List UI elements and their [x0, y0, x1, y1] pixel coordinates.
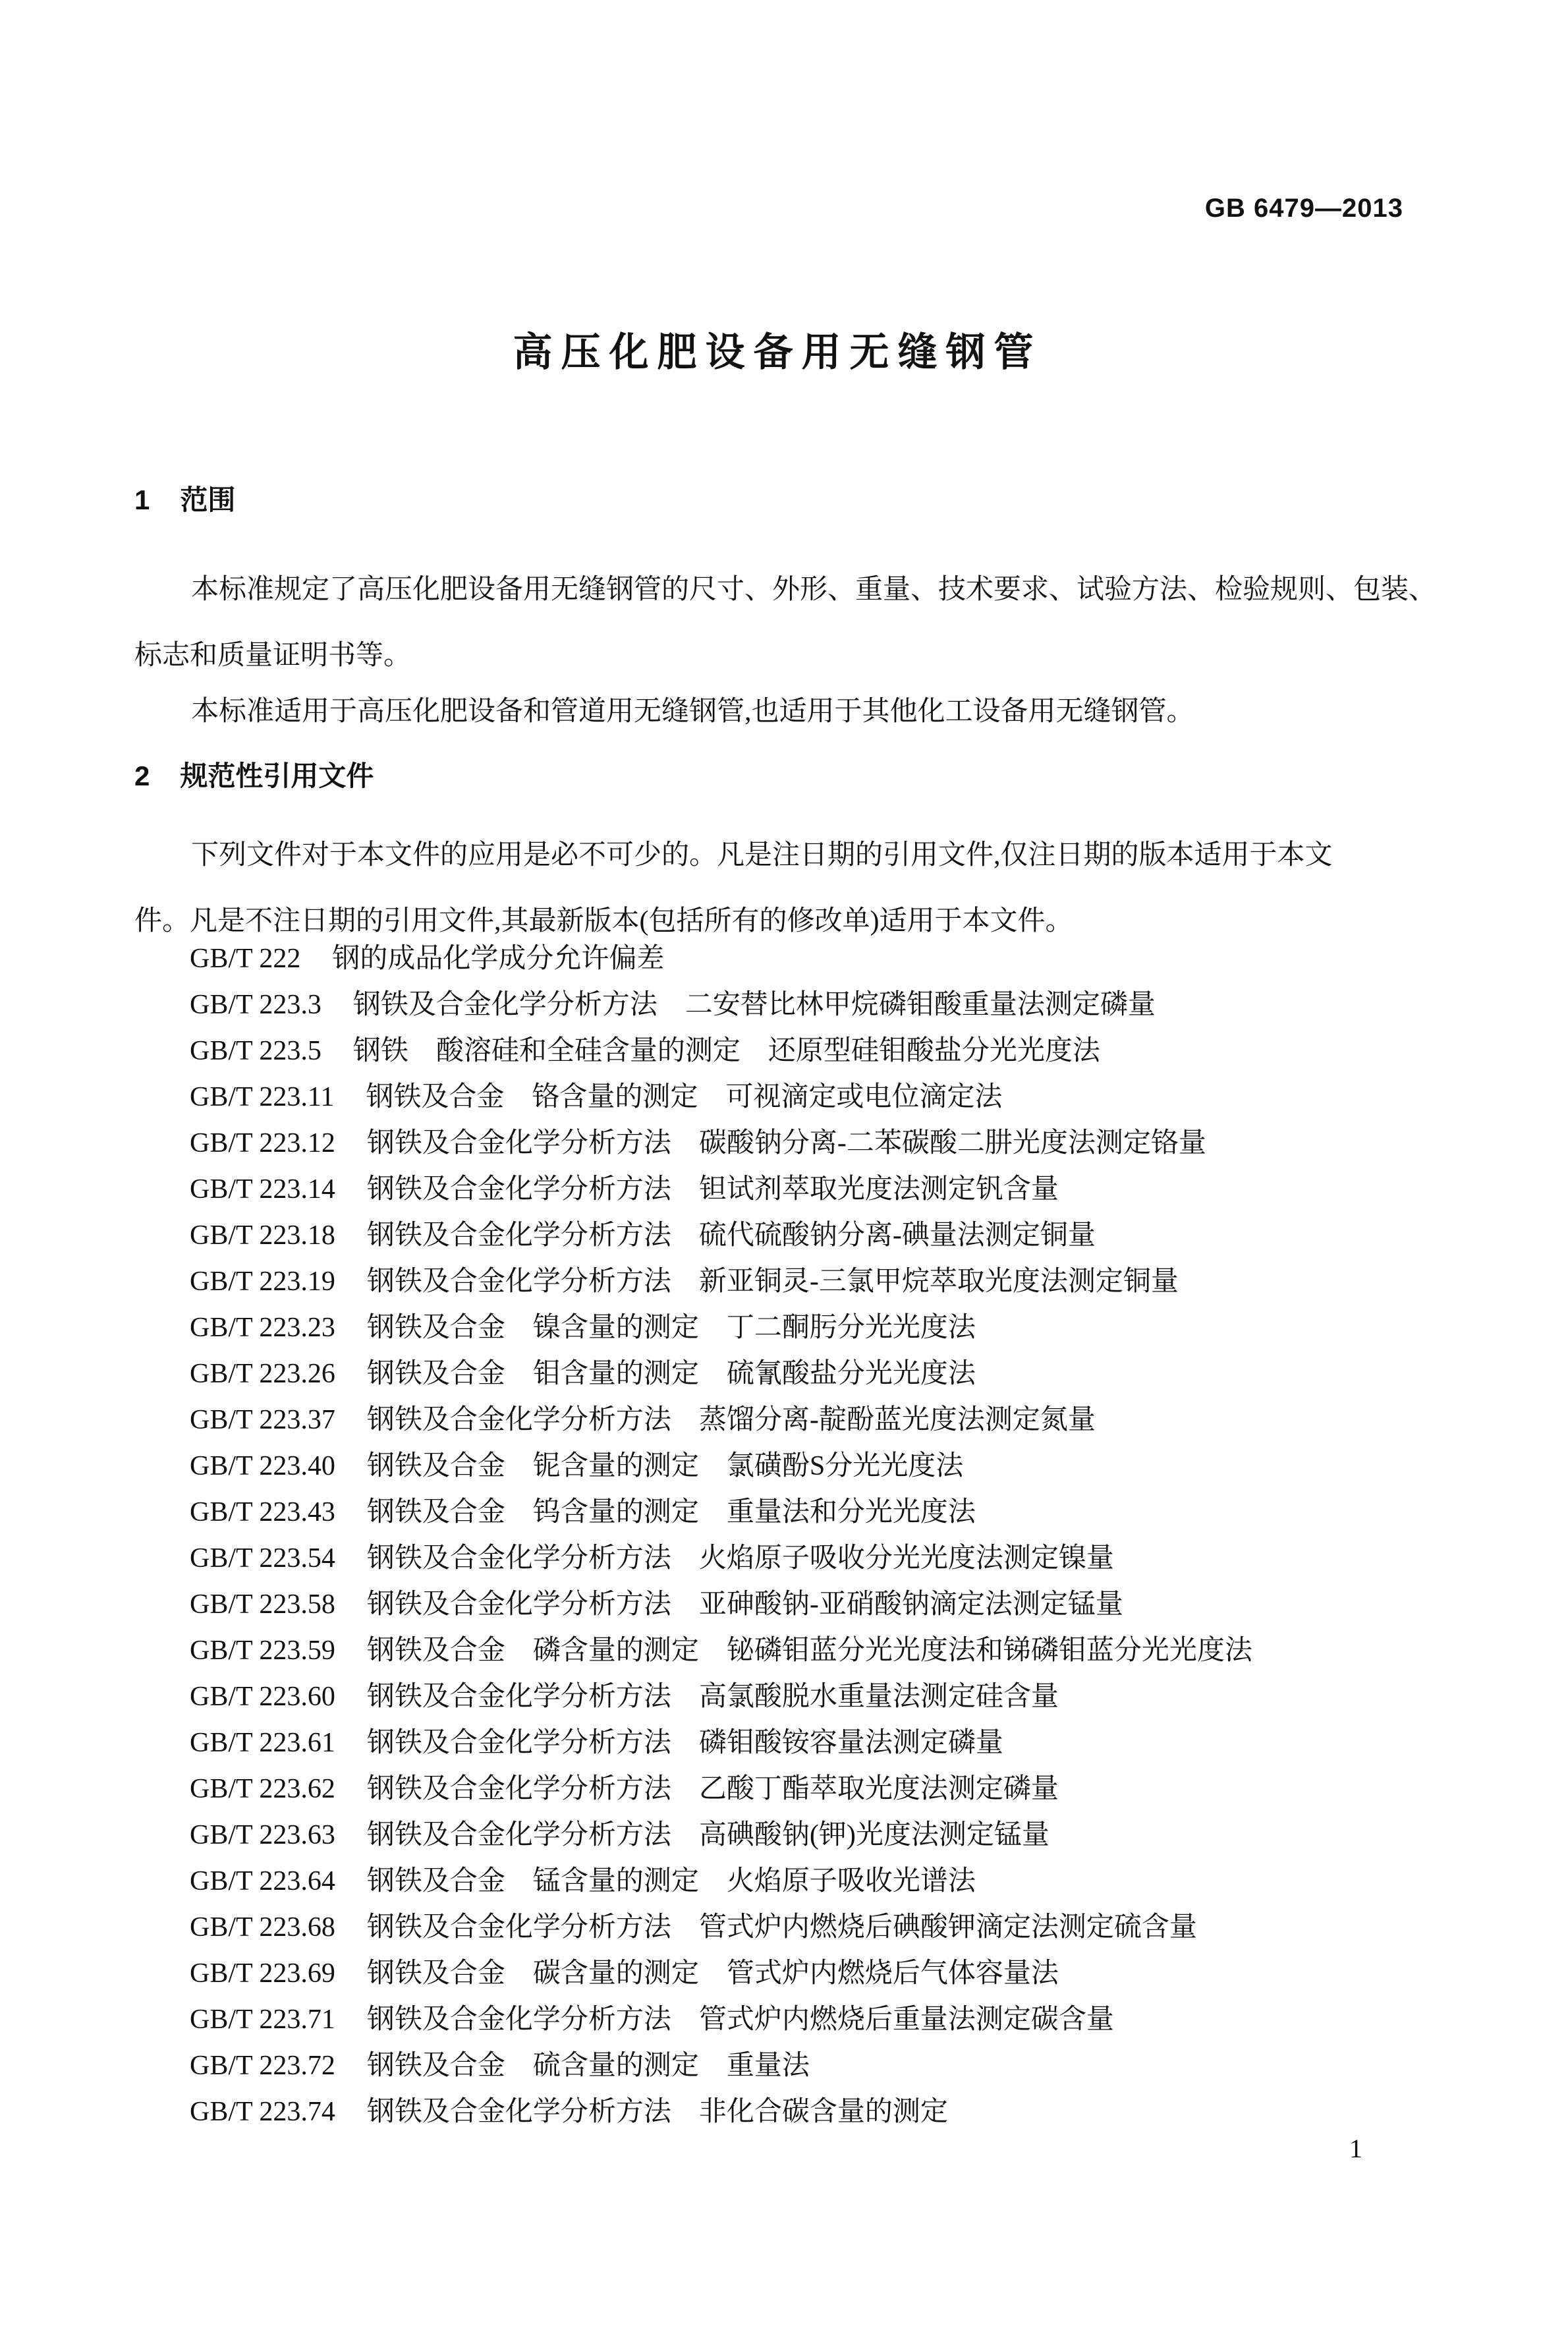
reference-code: GB/T 223.54	[190, 1535, 335, 1581]
scope-paragraph-2: 本标准适用于高压化肥设备和管道用无缝钢管,也适用于其他化工设备用无缝钢管。	[134, 679, 1424, 745]
reference-title: 钢铁及合金化学分析方法 二安替比林甲烷磷钼酸重量法测定磷量	[353, 982, 1156, 1028]
paragraph-line: 本标准适用于高压化肥设备和管道用无缝钢管,也适用于其他化工设备用无缝钢管。	[134, 679, 1424, 745]
paragraph-line: 下列文件对于本文件的应用是必不可少的。凡是注日期的引用文件,仅注日期的版本适用于…	[134, 822, 1424, 888]
reference-item: GB/T 223.37钢铁及合金化学分析方法 蒸馏分离-靛酚蓝光度法测定氮量	[190, 1397, 1469, 1443]
reference-code: GB/T 223.60	[190, 1674, 335, 1720]
reference-title: 钢铁及合金 磷含量的测定 铋磷钼蓝分光光度法和锑磷钼蓝分光光度法	[367, 1628, 1252, 1674]
reference-title: 钢铁及合金化学分析方法 亚砷酸钠-亚硝酸钠滴定法测定锰量	[367, 1581, 1123, 1628]
reference-code: GB/T 222	[190, 936, 300, 982]
reference-code: GB/T 223.74	[190, 2089, 335, 2135]
reference-code: GB/T 223.3	[190, 982, 322, 1028]
reference-title: 钢铁及合金化学分析方法 管式炉内燃烧后重量法测定碳含量	[367, 1997, 1114, 2043]
reference-title: 钢铁及合金化学分析方法 磷钼酸铵容量法测定磷量	[367, 1720, 1003, 1766]
reference-title: 钢铁及合金化学分析方法 非化合碳含量的测定	[367, 2089, 948, 2135]
reference-item: GB/T 223.61钢铁及合金化学分析方法 磷钼酸铵容量法测定磷量	[190, 1720, 1469, 1766]
reference-code: GB/T 223.19	[190, 1259, 335, 1305]
reference-title: 钢铁及合金 碳含量的测定 管式炉内燃烧后气体容量法	[367, 1950, 1059, 1997]
references-intro-paragraph: 下列文件对于本文件的应用是必不可少的。凡是注日期的引用文件,仅注日期的版本适用于…	[134, 822, 1424, 954]
normative-references-list: GB/T 222钢的成品化学成分允许偏差 GB/T 223.3钢铁及合金化学分析…	[190, 936, 1469, 2135]
reference-title: 钢铁及合金 钨含量的测定 重量法和分光光度法	[367, 1489, 976, 1535]
reference-item: GB/T 223.43钢铁及合金 钨含量的测定 重量法和分光光度法	[190, 1489, 1469, 1535]
reference-code: GB/T 223.71	[190, 1997, 335, 2043]
reference-item: GB/T 223.69钢铁及合金 碳含量的测定 管式炉内燃烧后气体容量法	[190, 1950, 1469, 1997]
reference-code: GB/T 223.5	[190, 1028, 322, 1074]
reference-code: GB/T 223.59	[190, 1628, 335, 1674]
reference-item: GB/T 223.5钢铁 酸溶硅和全硅含量的测定 还原型硅钼酸盐分光光度法	[190, 1028, 1469, 1074]
section-2-heading: 2规范性引用文件	[134, 759, 374, 793]
paragraph-line: 本标准规定了高压化肥设备用无缝钢管的尺寸、外形、重量、技术要求、试验方法、检验规…	[134, 557, 1424, 623]
reference-item: GB/T 223.23钢铁及合金 镍含量的测定 丁二酮肟分光光度法	[190, 1305, 1469, 1351]
reference-title: 钢铁及合金 铬含量的测定 可视滴定或电位滴定法	[366, 1074, 1002, 1120]
reference-title: 钢铁及合金 锰含量的测定 火焰原子吸收光谱法	[367, 1858, 976, 1904]
reference-title: 钢铁 酸溶硅和全硅含量的测定 还原型硅钼酸盐分光光度法	[353, 1028, 1100, 1074]
reference-item: GB/T 223.59钢铁及合金 磷含量的测定 铋磷钼蓝分光光度法和锑磷钼蓝分光…	[190, 1628, 1469, 1674]
reference-item: GB/T 222钢的成品化学成分允许偏差	[190, 936, 1469, 982]
reference-code: GB/T 223.64	[190, 1858, 335, 1904]
section-1-label: 范围	[180, 483, 235, 517]
reference-title: 钢铁及合金化学分析方法 乙酸丁酯萃取光度法测定磷量	[367, 1766, 1059, 1812]
reference-code: GB/T 223.37	[190, 1397, 335, 1443]
reference-item: GB/T 223.11钢铁及合金 铬含量的测定 可视滴定或电位滴定法	[190, 1074, 1469, 1120]
reference-item: GB/T 223.19钢铁及合金化学分析方法 新亚铜灵-三氯甲烷萃取光度法测定铜…	[190, 1259, 1469, 1305]
reference-item: GB/T 223.72钢铁及合金 硫含量的测定 重量法	[190, 2043, 1469, 2089]
document-title: 高压化肥设备用无缝钢管	[134, 327, 1420, 378]
reference-code: GB/T 223.18	[190, 1212, 335, 1259]
reference-title: 钢铁及合金化学分析方法 火焰原子吸收分光光度法测定镍量	[367, 1535, 1114, 1581]
reference-code: GB/T 223.26	[190, 1351, 335, 1397]
reference-title: 钢铁及合金化学分析方法 蒸馏分离-靛酚蓝光度法测定氮量	[367, 1397, 1096, 1443]
reference-title: 钢铁及合金 硫含量的测定 重量法	[367, 2043, 810, 2089]
reference-item: GB/T 223.62钢铁及合金化学分析方法 乙酸丁酯萃取光度法测定磷量	[190, 1766, 1469, 1812]
section-2-label: 规范性引用文件	[180, 759, 374, 793]
reference-title: 钢铁及合金化学分析方法 硫代硫酸钠分离-碘量法测定铜量	[367, 1212, 1096, 1259]
reference-code: GB/T 223.72	[190, 2043, 335, 2089]
reference-title: 钢的成品化学成分允许偏差	[332, 936, 664, 982]
reference-item: GB/T 223.58钢铁及合金化学分析方法 亚砷酸钠-亚硝酸钠滴定法测定锰量	[190, 1581, 1469, 1628]
reference-code: GB/T 223.61	[190, 1720, 335, 1766]
standard-code: GB 6479—2013	[1205, 193, 1403, 223]
reference-code: GB/T 223.23	[190, 1305, 335, 1351]
document-page: GB 6479—2013 高压化肥设备用无缝钢管 1范围 本标准规定了高压化肥设…	[0, 0, 1568, 2330]
reference-item: GB/T 223.18钢铁及合金化学分析方法 硫代硫酸钠分离-碘量法测定铜量	[190, 1212, 1469, 1259]
reference-title: 钢铁及合金化学分析方法 新亚铜灵-三氯甲烷萃取光度法测定铜量	[367, 1259, 1179, 1305]
reference-item: GB/T 223.40钢铁及合金 铌含量的测定 氯磺酚S分光光度法	[190, 1443, 1469, 1489]
reference-item: GB/T 223.74钢铁及合金化学分析方法 非化合碳含量的测定	[190, 2089, 1469, 2135]
reference-code: GB/T 223.43	[190, 1489, 335, 1535]
reference-item: GB/T 223.3钢铁及合金化学分析方法 二安替比林甲烷磷钼酸重量法测定磷量	[190, 982, 1469, 1028]
reference-item: GB/T 223.71钢铁及合金化学分析方法 管式炉内燃烧后重量法测定碳含量	[190, 1997, 1469, 2043]
reference-code: GB/T 223.11	[190, 1074, 334, 1120]
reference-item: GB/T 223.68钢铁及合金化学分析方法 管式炉内燃烧后碘酸钾滴定法测定硫含…	[190, 1904, 1469, 1950]
reference-item: GB/T 223.63钢铁及合金化学分析方法 高碘酸钠(钾)光度法测定锰量	[190, 1812, 1469, 1858]
reference-code: GB/T 223.68	[190, 1904, 335, 1950]
reference-code: GB/T 223.14	[190, 1166, 335, 1212]
reference-title: 钢铁及合金化学分析方法 管式炉内燃烧后碘酸钾滴定法测定硫含量	[367, 1904, 1197, 1950]
reference-code: GB/T 223.58	[190, 1581, 335, 1628]
section-2-number: 2	[134, 759, 150, 793]
reference-item: GB/T 223.26钢铁及合金 钼含量的测定 硫氰酸盐分光光度法	[190, 1351, 1469, 1397]
reference-title: 钢铁及合金化学分析方法 钽试剂萃取光度法测定钒含量	[367, 1166, 1059, 1212]
reference-code: GB/T 223.12	[190, 1120, 335, 1166]
reference-title: 钢铁及合金 铌含量的测定 氯磺酚S分光光度法	[367, 1443, 963, 1489]
reference-title: 钢铁及合金 钼含量的测定 硫氰酸盐分光光度法	[367, 1351, 976, 1397]
reference-item: GB/T 223.64钢铁及合金 锰含量的测定 火焰原子吸收光谱法	[190, 1858, 1469, 1904]
reference-title: 钢铁及合金化学分析方法 高氯酸脱水重量法测定硅含量	[367, 1674, 1059, 1720]
reference-item: GB/T 223.60钢铁及合金化学分析方法 高氯酸脱水重量法测定硅含量	[190, 1674, 1469, 1720]
reference-code: GB/T 223.62	[190, 1766, 335, 1812]
reference-item: GB/T 223.12钢铁及合金化学分析方法 碳酸钠分离-二苯碳酸二肼光度法测定…	[190, 1120, 1469, 1166]
reference-item: GB/T 223.14钢铁及合金化学分析方法 钽试剂萃取光度法测定钒含量	[190, 1166, 1469, 1212]
reference-code: GB/T 223.40	[190, 1443, 335, 1489]
reference-item: GB/T 223.54钢铁及合金化学分析方法 火焰原子吸收分光光度法测定镍量	[190, 1535, 1469, 1581]
reference-title: 钢铁及合金 镍含量的测定 丁二酮肟分光光度法	[367, 1305, 976, 1351]
reference-code: GB/T 223.69	[190, 1950, 335, 1997]
section-1-heading: 1范围	[134, 483, 235, 517]
section-1-number: 1	[134, 483, 150, 517]
scope-paragraph-1: 本标准规定了高压化肥设备用无缝钢管的尺寸、外形、重量、技术要求、试验方法、检验规…	[134, 557, 1424, 689]
reference-title: 钢铁及合金化学分析方法 高碘酸钠(钾)光度法测定锰量	[367, 1812, 1050, 1858]
page-number: 1	[1349, 2134, 1362, 2164]
reference-title: 钢铁及合金化学分析方法 碳酸钠分离-二苯碳酸二肼光度法测定铬量	[367, 1120, 1206, 1166]
reference-code: GB/T 223.63	[190, 1812, 335, 1858]
